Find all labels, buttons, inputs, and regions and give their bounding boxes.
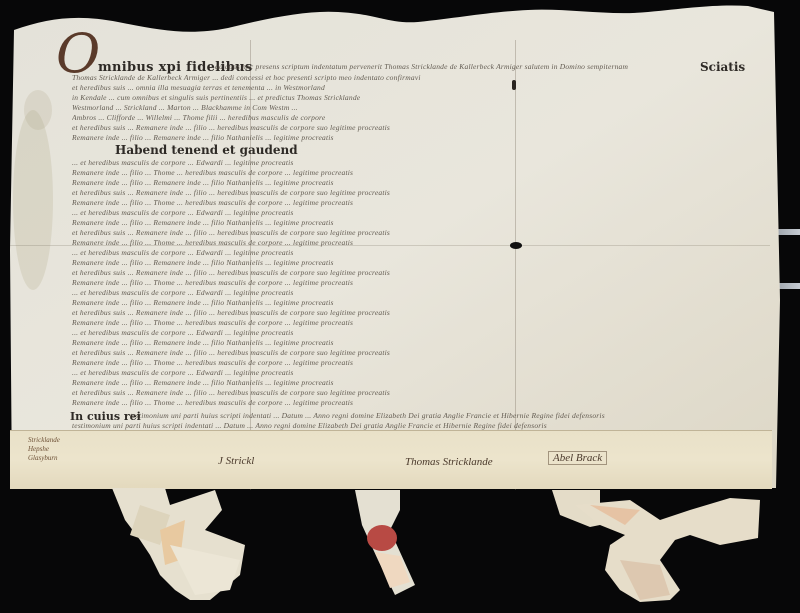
seal-tag-right [552, 490, 760, 602]
seal-tag-left [112, 488, 245, 600]
seal-tag-center [355, 490, 415, 595]
seal-tags [0, 0, 800, 613]
wax-seal [367, 525, 397, 551]
photograph: O mnibus xpi fidelibus Sciatis ad quos h… [0, 0, 800, 613]
